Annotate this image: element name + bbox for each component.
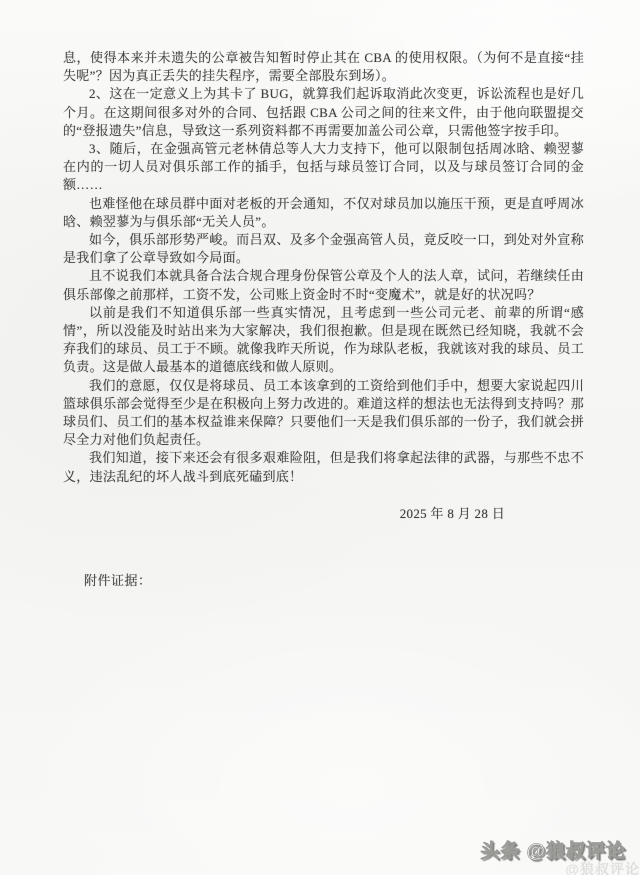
document-paragraph: 以前是我们不知道俱乐部一些真实情况，且考虑到一些公司元老、前辈的所谓“感情”，所…	[63, 304, 584, 377]
document-paragraph: 也难怪他在球员群中面对老板的开会通知，不仅对球员加以施压干预，更是直呼周冰晗、赖…	[63, 195, 584, 231]
document-paragraph: 我们知道，接下来还会有很多艰难险阻，但是我们将拿起法律的武器，与那些不忠不义，违…	[63, 449, 584, 485]
document-paragraph: 且不说我们本就具备合法合规合理身份保管公章及个人的法人章，试问，若继续任由俱乐部…	[63, 267, 584, 303]
document-paragraph: 我们的意愿，仅仅是将球员、员工本该拿到的工资给到他们手中，想要大家说起四川篮球俱…	[63, 377, 584, 450]
document-paragraph: 2、这在一定意义上为其卡了 BUG，就算我们起诉取消此次变更，诉讼流程也是好几个…	[63, 85, 584, 140]
watermark-ghost: @狼叔评论	[565, 859, 640, 875]
scanned-statement-screenshot: { "page": { "background": "#f6f6f4", "in…	[0, 0, 640, 875]
attachment-heading: 附件证据：	[63, 572, 584, 590]
document-page: 息，使得本来并未遗失的公章被告知暂时停止其在 CBA 的使用权限。（为何不是直接…	[63, 49, 584, 590]
document-date: 2025 年 8 月 28 日	[63, 505, 584, 523]
document-paragraph: 如今，俱乐部形势严峻。而吕双、及多个金强高管人员，竟反咬一口，到处对外宣称是我们…	[63, 231, 584, 267]
watermark-platform-label: 头条	[480, 841, 520, 862]
document-paragraph: 息，使得本来并未遗失的公章被告知暂时停止其在 CBA 的使用权限。（为何不是直接…	[63, 49, 584, 85]
document-paragraph: 3、随后，在金强高管元老林倩总等人大力支持下，他可以限制包括周冰晗、赖翌蓼在内的…	[63, 140, 584, 195]
document-body: 息，使得本来并未遗失的公章被告知暂时停止其在 CBA 的使用权限。（为何不是直接…	[63, 49, 584, 486]
